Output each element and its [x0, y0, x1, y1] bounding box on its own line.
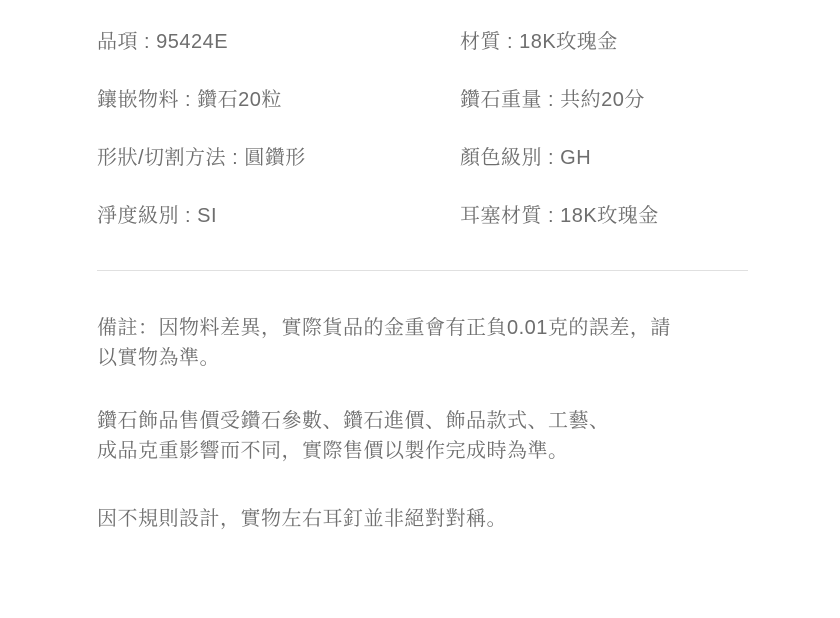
- spec-separator: :: [501, 31, 519, 53]
- spec-item-earstud-material: 耳塞材質 : 18K玫瑰金: [460, 205, 748, 227]
- spec-value: 圓鑽形: [244, 147, 306, 169]
- note-paragraph-asymmetry: 因不規則設計，實物左右耳釘並非絕對對稱。: [97, 504, 748, 534]
- spec-item-clarity-grade: 淨度級別 : SI: [97, 205, 460, 227]
- spec-value: SI: [197, 205, 217, 227]
- spec-label: 顏色級別: [460, 147, 542, 169]
- spec-item-code: 品項 : 95424E: [97, 31, 460, 53]
- spec-label: 淨度級別: [97, 205, 179, 227]
- spec-separator: :: [542, 147, 560, 169]
- note-line: 因不規則設計，實物左右耳釘並非絕對對稱。: [97, 504, 748, 534]
- spec-value: 共約20分: [560, 89, 645, 111]
- spec-value: 18K玫瑰金: [519, 31, 618, 53]
- spec-label: 形狀/切割方法: [97, 147, 226, 169]
- spec-separator: :: [138, 31, 156, 53]
- spec-separator: :: [226, 147, 244, 169]
- spec-grid: 品項 : 95424E 材質 : 18K玫瑰金 鑲嵌物料 : 鑽石20粒 鑽石重…: [97, 0, 748, 227]
- spec-separator: :: [179, 205, 197, 227]
- spec-label: 耳塞材質: [460, 205, 542, 227]
- notes-section: 備註：因物料差異，實際貨品的金重會有正負0.01克的誤差，請 以實物為準。 鑽石…: [97, 313, 748, 534]
- spec-separator: :: [542, 89, 560, 111]
- spec-value: 95424E: [156, 31, 228, 53]
- spec-item-inlay: 鑲嵌物料 : 鑽石20粒: [97, 89, 460, 111]
- note-line: 鑽石飾品售價受鑽石參數、鑽石進價、飾品款式、工藝、: [97, 406, 748, 436]
- spec-label: 品項: [97, 31, 138, 53]
- spec-item-diamond-weight: 鑽石重量 : 共約20分: [460, 89, 748, 111]
- section-divider: [97, 270, 748, 271]
- spec-separator: :: [542, 205, 560, 227]
- spec-label: 鑲嵌物料: [97, 89, 179, 111]
- spec-item-color-grade: 顏色級別 : GH: [460, 147, 748, 169]
- note-line: 以實物為準。: [97, 343, 748, 373]
- note-line: 備註：因物料差異，實際貨品的金重會有正負0.01克的誤差，請: [97, 313, 748, 343]
- spec-separator: :: [179, 89, 197, 111]
- product-detail-section: 品項 : 95424E 材質 : 18K玫瑰金 鑲嵌物料 : 鑽石20粒 鑽石重…: [97, 0, 748, 534]
- spec-item-shape-cut: 形狀/切割方法 : 圓鑽形: [97, 147, 460, 169]
- note-paragraph-pricing: 鑽石飾品售價受鑽石參數、鑽石進價、飾品款式、工藝、 成品克重影響而不同，實際售價…: [97, 406, 748, 466]
- spec-value: 鑽石20粒: [197, 89, 282, 111]
- note-line: 成品克重影響而不同，實際售價以製作完成時為準。: [97, 436, 748, 466]
- note-paragraph-gold-weight: 備註：因物料差異，實際貨品的金重會有正負0.01克的誤差，請 以實物為準。: [97, 313, 748, 373]
- spec-value: 18K玫瑰金: [560, 205, 659, 227]
- spec-label: 鑽石重量: [460, 89, 542, 111]
- spec-label: 材質: [460, 31, 501, 53]
- spec-item-material: 材質 : 18K玫瑰金: [460, 31, 748, 53]
- spec-value: GH: [560, 147, 591, 169]
